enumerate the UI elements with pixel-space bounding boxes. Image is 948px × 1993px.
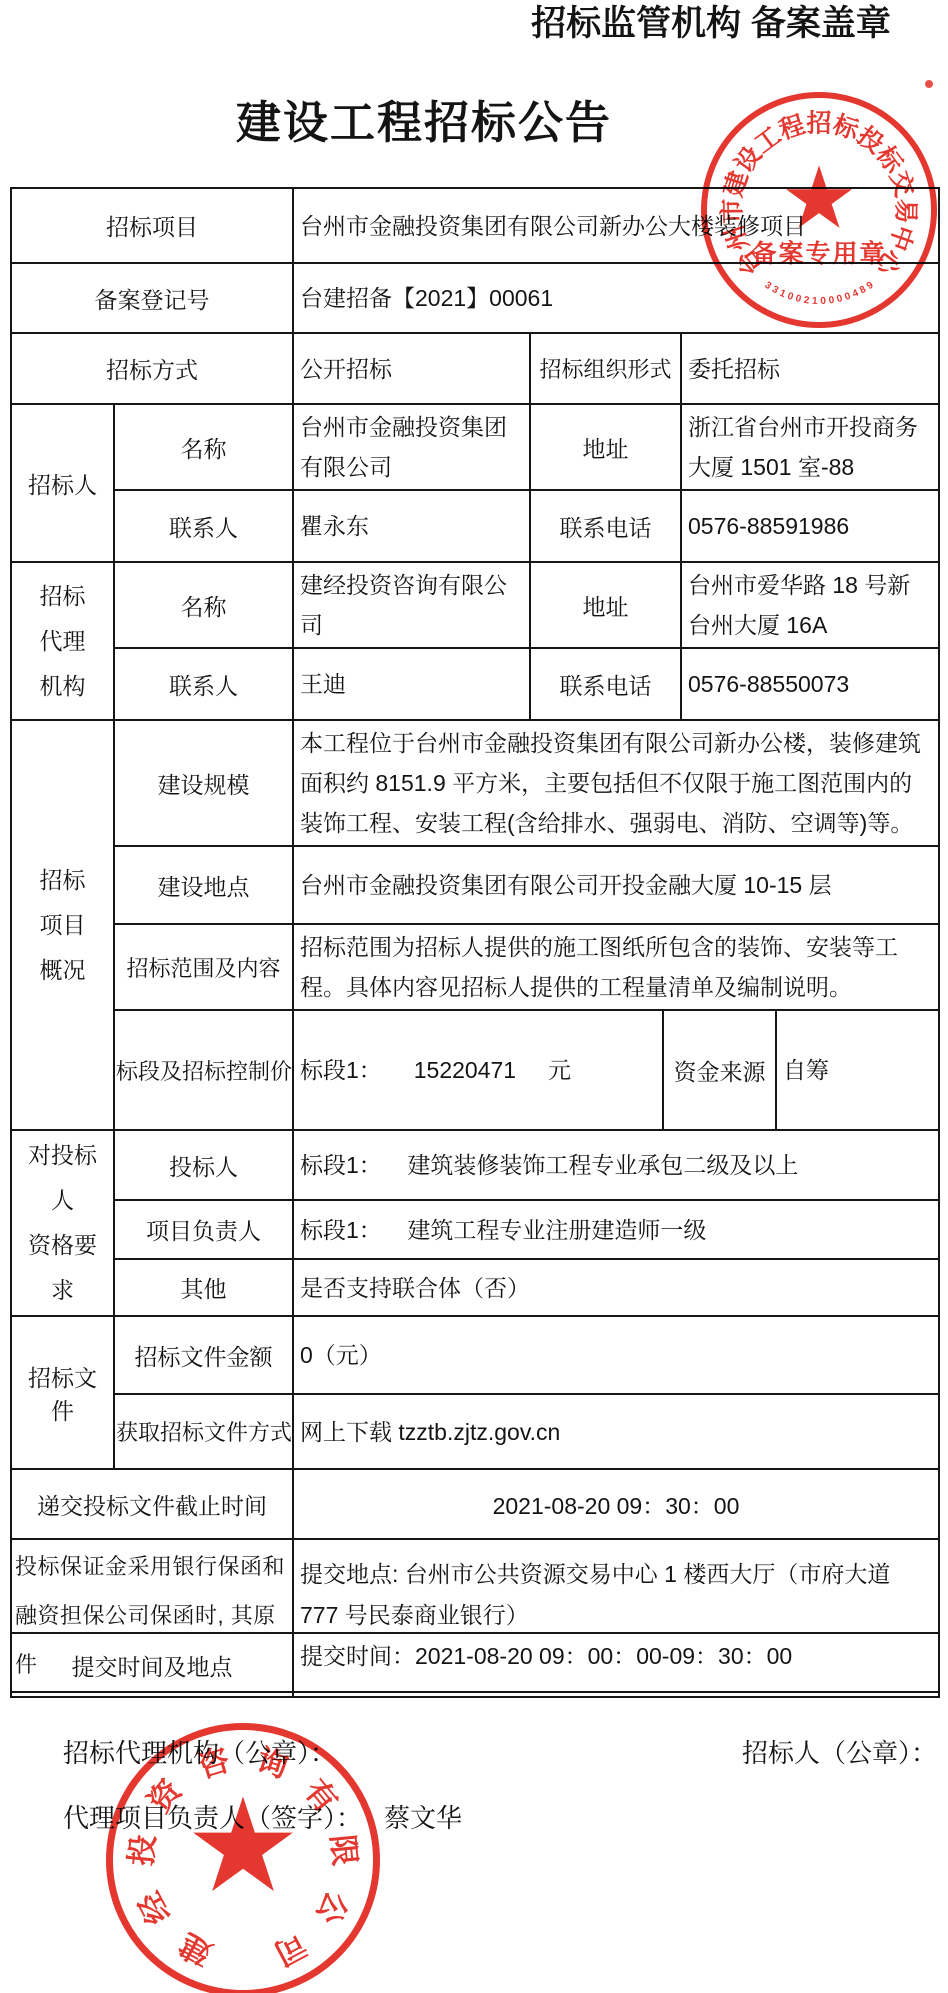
doc-obtain-label: 获取招标文件方式 xyxy=(114,1394,293,1469)
submission-value xyxy=(293,1633,939,1697)
agency-address-value: 台州市爱华路 18 号新台州大厦 16A xyxy=(681,562,939,648)
red-dot-mark xyxy=(925,80,933,88)
location-label: 建设地点 xyxy=(114,846,293,924)
price-value: 标段1： 15220471 元 xyxy=(293,1010,663,1130)
funding-value: 自筹 xyxy=(776,1010,939,1130)
tenderer-group-label: 招标人 xyxy=(11,404,114,562)
seal-star-icon: ★ xyxy=(185,1781,302,1911)
org-form-label: 招标组织形式 xyxy=(530,333,681,404)
project-manager-value: 标段1： 建筑工程专业注册建造师一级 xyxy=(293,1200,939,1259)
tenderer-address-label: 地址 xyxy=(530,404,681,490)
agency-contact-value: 王迪 xyxy=(293,648,530,720)
scale-value: 本工程位于台州市金融投资集团有限公司新办公楼，装修建筑面积约 8151.9 平方… xyxy=(293,720,939,846)
tenderer-phone-label: 联系电话 xyxy=(530,490,681,562)
signature-name: 蔡文华 xyxy=(384,1803,462,1833)
doc-fee-value: 0（元） xyxy=(293,1316,939,1394)
other-value: 是否支持联合体（否） xyxy=(293,1259,939,1316)
table-row: 提交时间及地点 xyxy=(11,1633,939,1697)
table-row: 获取招标文件方式 网上下载 tzztb.zjtz.gov.cn xyxy=(11,1394,939,1469)
tenderer-address-value: 浙江省台州市开投商务大厦 1501 室-88 xyxy=(681,404,939,490)
documents-group-label: 招标文件 xyxy=(11,1316,114,1469)
org-form-value: 委托招标 xyxy=(681,333,939,404)
deadline-value: 2021-08-20 09：30：00 xyxy=(293,1469,939,1539)
tenderer-contact-label: 联系人 xyxy=(114,490,293,562)
agency-phone-label: 联系电话 xyxy=(530,648,681,720)
table-row: 标段及招标控制价 标段1： 15220471 元 资金来源 自筹 xyxy=(11,1010,939,1130)
scope-value: 招标范围为招标人提供的施工图纸所包含的装饰、安装等工程。具体内容见招标人提供的工… xyxy=(293,924,939,1010)
table-row: 其他 是否支持联合体（否） xyxy=(11,1259,939,1316)
tender-method-value: 公开招标 xyxy=(293,333,530,404)
seal-star-icon: ★ xyxy=(780,156,857,242)
table-row: 招标 代理 机构 名称 建经投资咨询有限公司 地址 台州市爱华路 18 号新台州… xyxy=(11,562,939,648)
price-label: 标段及招标控制价 xyxy=(114,1010,293,1130)
table-row: 招标人 名称 台州市金融投资集团有限公司 地址 浙江省台州市开投商务大厦 150… xyxy=(11,404,939,490)
funding-label: 资金来源 xyxy=(663,1010,776,1130)
agency-group-label: 招标 代理 机构 xyxy=(11,562,114,720)
doc-obtain-value: 网上下载 tzztb.zjtz.gov.cn xyxy=(293,1394,939,1469)
table-row: 招标方式 公开招标 招标组织形式 委托招标 xyxy=(11,333,939,404)
tender-project-label: 招标项目 xyxy=(11,188,293,263)
agency-phone-value: 0576-88550073 xyxy=(681,648,939,720)
table-row: 联系人 瞿永东 联系电话 0576-88591986 xyxy=(11,490,939,562)
table-row: 建设地点 台州市金融投资集团有限公司开投金融大厦 10-15 层 xyxy=(11,846,939,924)
seal-bottom-label: 备案专用章 xyxy=(707,234,931,270)
table-row: 递交投标文件截止时间 2021-08-20 09：30：00 xyxy=(11,1469,939,1539)
submission-label: 提交时间及地点 xyxy=(11,1633,293,1697)
table-row: 招标文件 招标文件金额 0（元） xyxy=(11,1316,939,1394)
table-row: 招标 项目 概况 建设规模 本工程位于台州市金融投资集团有限公司新办公楼，装修建… xyxy=(11,720,939,846)
bidder-value: 标段1： 建筑装修装饰工程专业承包二级及以上 xyxy=(293,1130,939,1200)
table-row: 招标范围及内容 招标范围为招标人提供的施工图纸所包含的装饰、安装等工程。具体内容… xyxy=(11,924,939,1010)
other-label: 其他 xyxy=(114,1259,293,1316)
location-value: 台州市金融投资集团有限公司开投金融大厦 10-15 层 xyxy=(293,846,939,924)
project-manager-label: 项目负责人 xyxy=(114,1200,293,1259)
tenderer-seal-caption: 招标人（公章）： xyxy=(742,1733,937,1770)
agency-contact-label: 联系人 xyxy=(114,648,293,720)
deadline-label: 递交投标文件截止时间 xyxy=(11,1469,293,1539)
registration-no-label: 备案登记号 xyxy=(11,263,293,333)
submission-table: 提交时间及地点 xyxy=(10,1632,940,1698)
agency-company-seal: 建经投资咨询有限公司 ★ xyxy=(106,1723,380,1993)
doc-fee-label: 招标文件金额 xyxy=(114,1316,293,1394)
table-row: 联系人 王迪 联系电话 0576-88550073 xyxy=(11,648,939,720)
tenderer-phone-value: 0576-88591986 xyxy=(681,490,939,562)
regulator-stamp-note: 招标监管机构 备案盖章 xyxy=(478,4,944,45)
table-row: 项目负责人 标段1： 建筑工程专业注册建造师一级 xyxy=(11,1200,939,1259)
agency-name-value: 建经投资咨询有限公司 xyxy=(293,562,530,648)
tender-method-label: 招标方式 xyxy=(11,333,293,404)
page-title: 建设工程招标公告 xyxy=(10,86,838,151)
tenderer-name-label: 名称 xyxy=(114,404,293,490)
qualification-group-label: 对投标人 资格要求 xyxy=(11,1130,114,1316)
bidder-label: 投标人 xyxy=(114,1130,293,1200)
agency-address-label: 地址 xyxy=(530,562,681,648)
tenderer-contact-value: 瞿永东 xyxy=(293,490,530,562)
agency-name-label: 名称 xyxy=(114,562,293,648)
registration-seal: 台州市建设工程招标投标交易中心 ★ 备案专用章 33100210000489 xyxy=(701,92,937,328)
scope-label: 招标范围及内容 xyxy=(114,924,293,1010)
overview-group-label: 招标 项目 概况 xyxy=(11,720,114,1130)
tenderer-name-value: 台州市金融投资集团有限公司 xyxy=(293,404,530,490)
table-row: 对投标人 资格要求 投标人 标段1： 建筑装修装饰工程专业承包二级及以上 xyxy=(11,1130,939,1200)
tender-announcement-table: 招标项目 台州市金融投资集团有限公司新办公大楼装修项目 备案登记号 台建招备【2… xyxy=(10,187,940,1693)
scale-label: 建设规模 xyxy=(114,720,293,846)
